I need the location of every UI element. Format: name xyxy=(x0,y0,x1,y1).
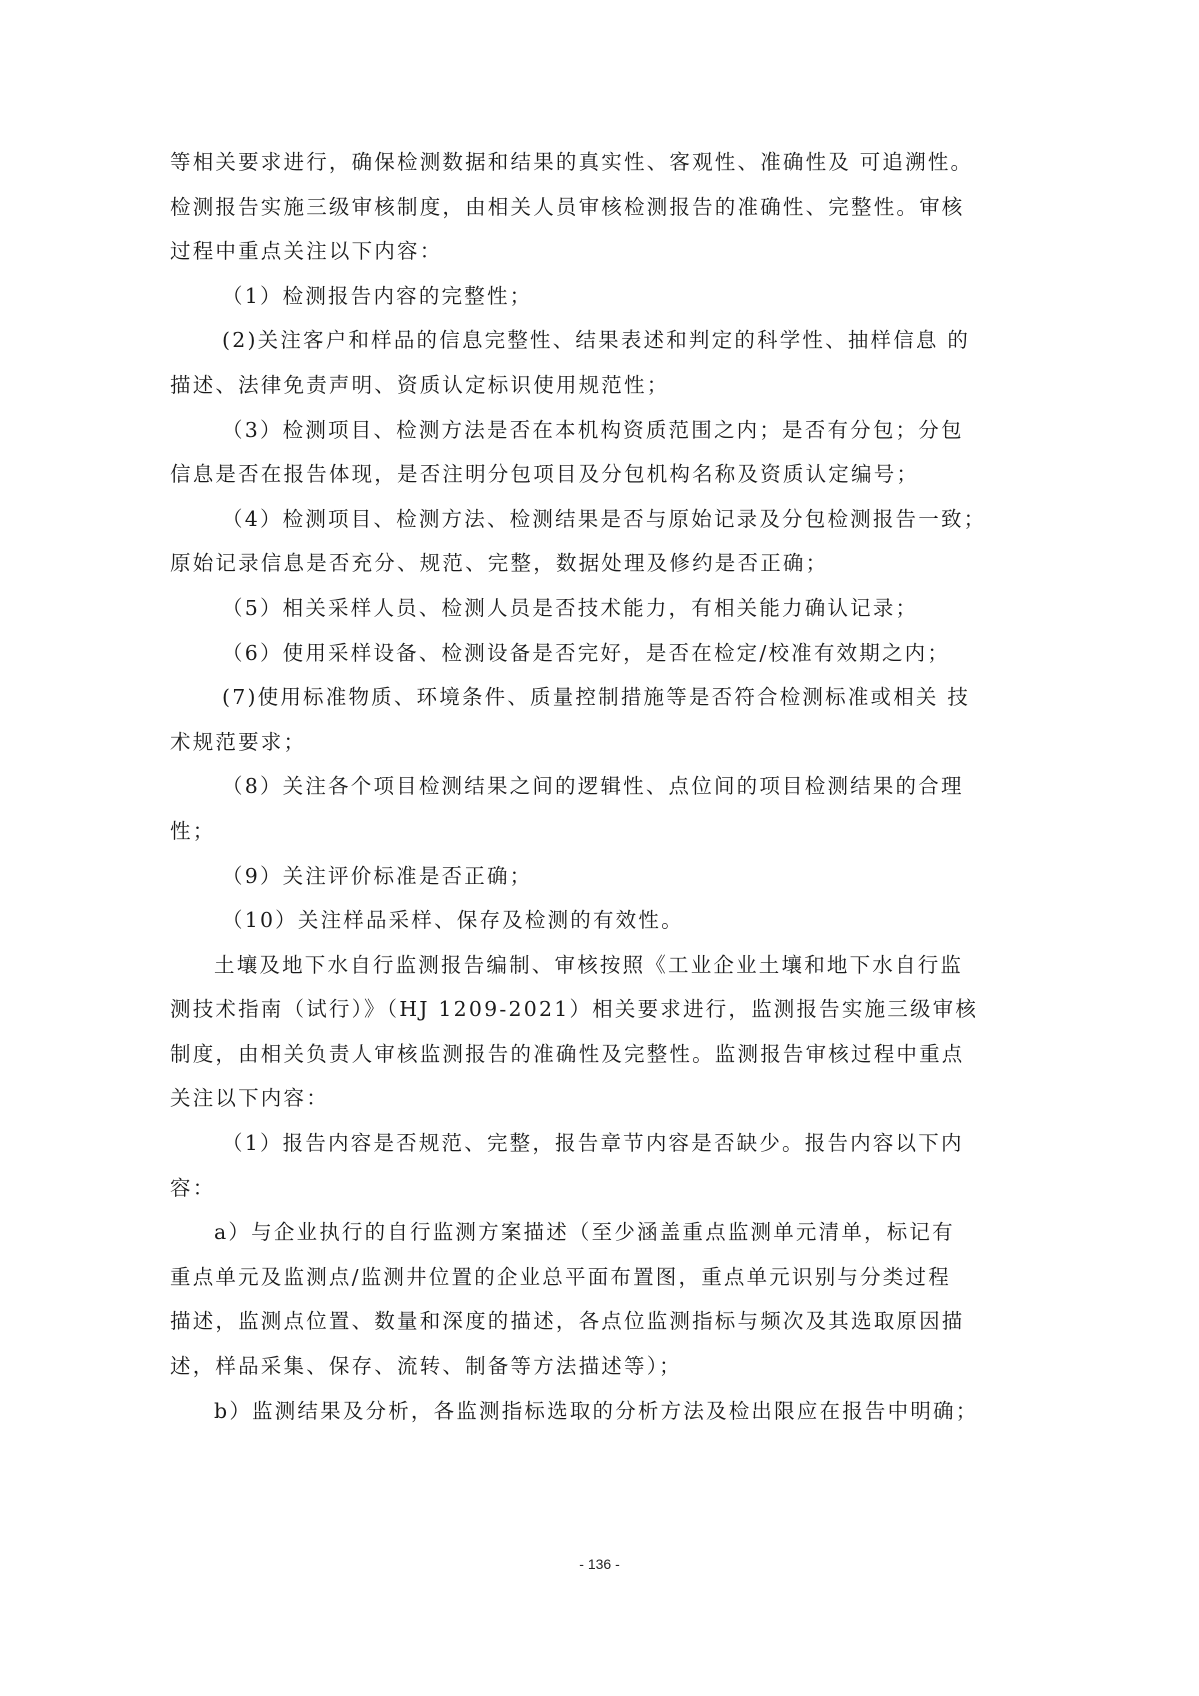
text-line: 制度，由相关负责人审核监测报告的准确性及完整性。监测报告审核过程中重点 xyxy=(170,1032,942,1077)
text-line: 信息是否在报告体现，是否注明分包项目及分包机构名称及资质认定编号； xyxy=(170,452,942,497)
text-line: 术规范要求； xyxy=(170,720,942,765)
text-line: b）监测结果及分析，各监测指标选取的分析方法及检出限应在报告中明确； xyxy=(170,1389,942,1434)
text-line: 原始记录信息是否充分、规范、完整，数据处理及修约是否正确； xyxy=(170,541,942,586)
text-line: (7)使用标准物质、环境条件、质量控制措施等是否符合检测标准或相关 技 xyxy=(170,675,942,720)
text-line: 重点单元及监测点/监测井位置的企业总平面布置图，重点单元识别与分类过程 xyxy=(170,1255,942,1300)
text-line: （10）关注样品采样、保存及检测的有效性。 xyxy=(170,898,942,943)
text-line: 检测报告实施三级审核制度，由相关人员审核检测报告的准确性、完整性。审核 xyxy=(170,185,942,230)
text-line: （1）检测报告内容的完整性； xyxy=(170,274,942,319)
text-line: （4）检测项目、检测方法、检测结果是否与原始记录及分包检测报告一致； xyxy=(170,497,942,542)
page-number: - 136 - xyxy=(0,1556,1199,1572)
text-line: （1）报告内容是否规范、完整，报告章节内容是否缺少。报告内容以下内 xyxy=(170,1121,942,1166)
text-line: （5）相关采样人员、检测人员是否技术能力，有相关能力确认记录； xyxy=(170,586,942,631)
text-line: 测技术指南（试行）》（HJ 1209-2021）相关要求进行，监测报告实施三级审… xyxy=(170,987,942,1032)
text-line: （3）检测项目、检测方法是否在本机构资质范围之内；是否有分包；分包 xyxy=(170,408,942,453)
text-line: 述，样品采集、保存、流转、制备等方法描述等）； xyxy=(170,1344,942,1389)
text-line: 关注以下内容： xyxy=(170,1076,942,1121)
text-line: 土壤及地下水自行监测报告编制、审核按照《工业企业土壤和地下水自行监 xyxy=(170,943,942,988)
text-line: （6）使用采样设备、检测设备是否完好，是否在检定/校准有效期之内； xyxy=(170,631,942,676)
text-line: （8）关注各个项目检测结果之间的逻辑性、点位间的项目检测结果的合理 xyxy=(170,764,942,809)
document-page: 等相关要求进行，确保检测数据和结果的真实性、客观性、准确性及 可追溯性。检测报告… xyxy=(0,0,1199,1696)
text-line: 描述、法律免责声明、资质认定标识使用规范性； xyxy=(170,363,942,408)
text-line: （9）关注评价标准是否正确； xyxy=(170,854,942,899)
text-line: 过程中重点关注以下内容： xyxy=(170,229,942,274)
text-line: (2)关注客户和样品的信息完整性、结果表述和判定的科学性、抽样信息 的 xyxy=(170,318,942,363)
text-line: 性； xyxy=(170,809,942,854)
text-line: a）与企业执行的自行监测方案描述（至少涵盖重点监测单元清单，标记有 xyxy=(170,1210,942,1255)
body-text: 等相关要求进行，确保检测数据和结果的真实性、客观性、准确性及 可追溯性。检测报告… xyxy=(170,140,942,1433)
text-line: 等相关要求进行，确保检测数据和结果的真实性、客观性、准确性及 可追溯性。 xyxy=(170,140,942,185)
text-line: 容： xyxy=(170,1166,942,1211)
text-line: 描述，监测点位置、数量和深度的描述，各点位监测指标与频次及其选取原因描 xyxy=(170,1299,942,1344)
